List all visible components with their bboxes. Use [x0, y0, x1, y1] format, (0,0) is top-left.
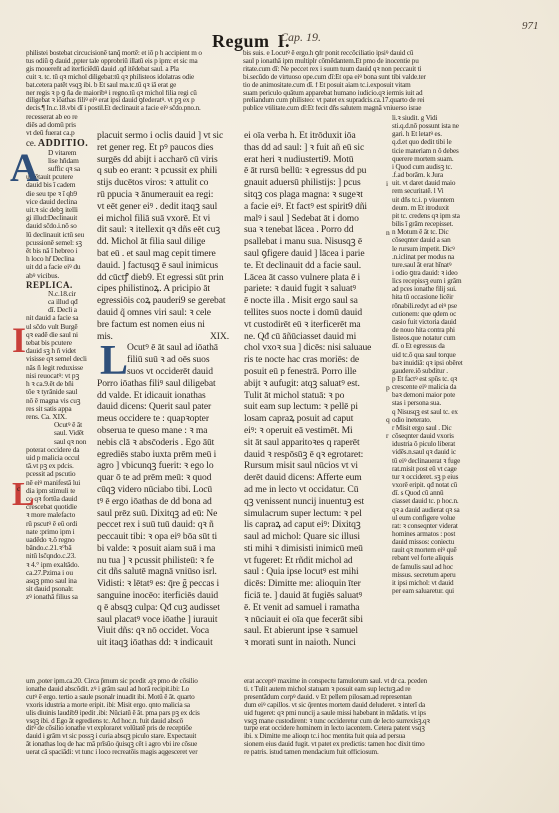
gloss-line: bis suis. e Locutꝰ ē ergo.h ꝯfr ponit re…: [243, 50, 465, 58]
text-line: cūqꝫ videro nūciabo tibi. Locū: [97, 484, 235, 496]
text-line: q ē absqꝫ culpa: Qđ cuꝫ audisset: [97, 602, 235, 614]
text-line: meus occidere te : quapꝛopter: [97, 413, 235, 425]
gloss-line: uid fugeret: qꝛ pmi nuncij a saule missi…: [244, 710, 466, 718]
text-line: stijs ducētos viros: ꝛ attulit co: [97, 177, 235, 189]
gloss-line: tus odiū ꝯ dauid ,ppter tale opprobriū i…: [26, 58, 258, 66]
text-line: ei michol filiā suā vxorē. Et vi: [97, 213, 235, 225]
gloss-line: ditꝰ de cōsilio ionathe vt exploraret vo…: [26, 725, 242, 733]
red-initial-i: I: [12, 322, 26, 358]
gloss-line: bilis ī grām recepisset.: [392, 220, 464, 228]
text-line: te. Et declinauit dd a facie saul.: [244, 260, 380, 272]
main-text-column-2: ei oīa verba h. Et itrōduxit iōa thas dd…: [244, 130, 380, 649]
gloss-line: uit.ꝛ sic debꝫ itelli: [26, 206, 92, 214]
gloss-line: uadēdo ꝛ.ō regno: [26, 536, 92, 544]
gloss-line: dia ipm stimuli te: [26, 487, 92, 495]
gloss-line: hita tū occasione licēir: [392, 293, 464, 301]
text-line: saul ad michol: Quare sic illusi: [244, 531, 380, 543]
gloss-line: ꝛ more malefacto: [26, 511, 92, 519]
gloss-line: ul eum configere volue: [392, 514, 464, 522]
text-line: Lācea āt casso vulnere plata ē i: [244, 272, 380, 284]
gloss-line: bat.cetera patēt vsqꝫ ibi. b Et saul ma.…: [26, 82, 258, 90]
bottom-gloss-left: um ,poter ipm.ca.20. Circa p̄mum sic pce…: [26, 678, 242, 757]
text-line: Vidisti: ꝛ lētatꝰ es: q̄re g̃ peccas i: [97, 578, 235, 590]
gloss-line: li.ꝛ siudit. g Vidi: [392, 114, 464, 122]
gloss-line: qꝛ a dauid audierat qꝛ sa: [392, 506, 464, 514]
gloss-line: ca.27.Pzima i ou: [26, 569, 92, 577]
gloss-line: rat.misit post eū vt cage: [392, 465, 464, 473]
text-line: dd cūctꝭ dieb9. Et egressi sūt prin: [97, 272, 235, 284]
gloss-line: āt ionathas loq de hac mā prīsūo q̄uisqꝫ…: [26, 741, 242, 749]
gloss-line: ul sc̃do vult Burgē: [26, 323, 92, 331]
gloss-line: uit dñs tc.i. p viuentem: [392, 196, 464, 204]
gloss-line: missus. secretum aperu: [392, 571, 464, 579]
gloss-line: ti. t Tulit autem michol statuam ꝛ posui…: [244, 686, 466, 694]
gloss-line: ibi. x Dimitte me alioqn tc.i hoc mentit…: [244, 733, 466, 741]
gloss-line: i Quod cum audisꝫ tc.: [392, 163, 464, 171]
gloss-line: rat: ꝛ conseqnter viderat: [392, 522, 464, 530]
text-line: Viuit dñs: qꝛ nō occidet. Voca: [97, 625, 235, 637]
gloss-line: .n.iclinat per modus na: [392, 253, 464, 261]
top-gloss-right: bis suis. e Locutꝰ ē ergo.h ꝯfr ponit re…: [243, 50, 465, 113]
gloss-line: ēt bis nā ī hebreo i: [26, 247, 92, 255]
text-line: dauid dicens: Querit saul pater: [97, 401, 235, 413]
gloss-line: nās ñ legit reduxisse: [26, 364, 92, 372]
text-line: egressiōis coꝝ pauderi9 se gerebat: [97, 295, 235, 307]
text-line: psallebat i manu sua. Nisusqꝫ ē: [244, 236, 380, 248]
gloss-line: vxorē eripit. qđ notat cū: [392, 481, 464, 489]
gloss-line: dauid sc̃do.i.nō so: [26, 222, 92, 230]
gloss-line: pcussionē semel: sꝫ: [26, 239, 92, 247]
gloss-line: dī. o Et egressus da: [392, 342, 464, 350]
replica-heading: REPLICA.: [26, 280, 92, 290]
text-line: nu tua ] ꝛ pcussit philisteū: ꝛ fe: [97, 555, 235, 567]
gloss-line: dī. Decli a: [48, 306, 92, 314]
text-line: ꝛ nūciauit ei oīa que fecerāt sibi: [244, 614, 380, 626]
text-line: ꝛ morati sunt in naioth. Nunci: [244, 637, 380, 649]
gloss-line: gaudere.iō subditur .: [392, 367, 464, 375]
text-line: ne. Qđ cū āñūciasset dauid mi: [244, 331, 380, 343]
gloss-line: visisse qꝛ semel decli: [26, 355, 92, 363]
gloss-line: uid tc.ō qua saul torque: [392, 351, 464, 359]
text-line: dd. Michol āt filia saul dilige: [97, 236, 235, 248]
text-line: saul prēz suū. Dixitqꝫ ad eū: Ne: [97, 508, 235, 520]
scanned-page: RegumI. Cap. 19. 971 philistei bostebat …: [0, 0, 559, 813]
gloss-line: cutionem: que qdem oc: [392, 310, 464, 318]
gloss-line: dauid sꝫ h ñ videt: [26, 347, 92, 355]
gloss-line: bi.secūdo de virtuoso ope.cum dī:Et opa …: [243, 74, 465, 82]
text-line: sua ꝛ tenebat lācea . Porro dd: [244, 224, 380, 236]
gloss-line: casio fuit victoria dauid: [392, 318, 464, 326]
gloss-line: cuit ꝛ. tc. tū qꝛ michol diligebat:tū qꝛ…: [26, 74, 258, 82]
gloss-line: cōseqnter dauid a san: [392, 236, 464, 244]
text-line: abijt ꝛ aufugit: atqꝫ saluatꝰ est.: [244, 378, 380, 390]
gloss-line: re patris. istud tamen mendacium fuit of…: [244, 749, 466, 757]
text-line: tꝰ ē ergo iōathas de dd bona ad: [97, 496, 235, 508]
gloss-line: co qꝛ fortūa dauid: [26, 495, 92, 503]
text-line: sti mihi ꝛ dimisisti inimicū meū: [244, 543, 380, 555]
gloss-line: tio de animositate.cum dī. f Et posuit a…: [243, 82, 465, 90]
gloss-line: turpe erat occidere hominem in lecto iac…: [244, 725, 466, 733]
gloss-line: dum eiꝰ capillos. vt sic q̄rentes mortem…: [244, 702, 466, 710]
text-line: vt eēt gener eiꝰ . dedit itaqꝫ saul: [97, 201, 235, 213]
text-line: vt custodirēt eū ꝛ iterficerēt ma: [244, 319, 380, 331]
gloss-line: pcessit ad pscutio: [26, 470, 92, 478]
text-line: agro ] vbicunqꝫ fuerit: ꝛ ego lo: [97, 460, 235, 472]
margin-letter: i: [386, 179, 388, 188]
gloss-line: philistei bostebat circucisionē tanq̃ mo…: [26, 50, 258, 58]
text-line: malꝰ i saul ] Sedebat āt i domo: [244, 213, 380, 225]
text-line: Ocutꝰ ē āt saul ad iōathā: [127, 342, 235, 354]
gloss-line: .f.ad borām. k Jura: [392, 171, 464, 179]
gloss-line: lise hñdam: [48, 157, 92, 165]
gloss-line: listeos.que notatur cum: [392, 334, 464, 342]
gloss-line: de nouo hita contra phi: [392, 326, 464, 334]
gloss-line: nē eiꝰ manifestā lui: [26, 479, 92, 487]
gloss-line: baꝛ inuidiā: qꝛ ipsi obēret: [392, 359, 464, 367]
gloss-line: p Et factꝰ est spūs tc. qꝛ: [392, 375, 464, 383]
gloss-line: lics recepissꝫ eum i grām: [392, 277, 464, 285]
gloss-line: cutꝰ ē ergo. tertio a saule psonalr inua…: [26, 694, 242, 702]
gloss-line: presentādum corpꝰ dauid. v Et pellem pil…: [244, 694, 466, 702]
text-line: suit eam sup lectum: ꝛ pellē pi: [244, 401, 380, 413]
blue-initial-a: A: [10, 148, 39, 188]
text-line: sanguine inocēo: iterficiēs dauid: [97, 590, 235, 602]
text-line: derēt dauid dicens: Afferte eum: [244, 472, 380, 484]
gloss-line: rauit qꝛ mortem eiꝰ quē: [392, 546, 464, 554]
text-line: sitqꝫ cos plaga magna: ꝛ sugeꝛt: [244, 189, 380, 201]
text-line: ē nocte illa . Misit ergo saul sa: [244, 295, 380, 307]
text-line: suos vt occiderēt dauid: [127, 366, 235, 378]
gloss-line: tōe ꝛ tyrānide saul: [26, 388, 92, 396]
gloss-line: poterat occidere da: [26, 446, 92, 454]
text-line: Porro iōathas filiꝰ saul diligebat: [97, 378, 235, 390]
text-line: surgēs dd abijt i accharō cū viris: [97, 154, 235, 166]
text-line: bat eū . et saul mag cepit timere: [97, 248, 235, 260]
gloss-line: N.c.18.cir: [48, 290, 92, 298]
gloss-line: tū eiꝰ declinauerat ꝛ fuge: [392, 457, 464, 465]
text-line: obserua te queso mane : ꝛ ma: [97, 425, 235, 437]
text-line: cipes philistinoꝝ. A pricipio āt: [97, 283, 235, 295]
gloss-line: ritate.cum dī: Ne peccet rex i suum tuum…: [243, 66, 465, 74]
gloss-line: vt deū fuerat ca.p: [26, 129, 92, 137]
gloss-line: uit. vt daret dauid maio: [392, 179, 464, 187]
text-line: ei oīa verba h. Et itrōduxit iōa: [244, 130, 380, 142]
gloss-line: saul p ionathā ipm multiplr cōmēdantem.E…: [243, 58, 465, 66]
gloss-line: suam periculo quātum apparebat humano iu…: [243, 90, 465, 98]
gloss-line: ciasset dauid tc. p hoc.n.: [392, 497, 464, 505]
gloss-line: dauid i grām vt sic possꝫ i curia absqꝫ …: [26, 733, 242, 741]
gloss-line: ulis diuinis laudib9 ipedit .ibi: Nūciat…: [26, 710, 242, 718]
bottom-gloss-right: erat acceptꝰ maxime in conspectu famulor…: [244, 678, 466, 757]
gloss-line: nit dauid a facie sa: [26, 314, 92, 322]
text-line: Tulit āt michol statuā: ꝛ po: [244, 390, 380, 402]
text-line: placuit sermo i oclis dauid ] vt sic: [97, 130, 235, 142]
gloss-line: baꝛ demoni maior pote: [392, 391, 464, 399]
text-line: cit dñs salutē magnā vniūso isrl.: [97, 566, 235, 578]
handwritten-chapter-note: Cap. 19.: [280, 30, 321, 45]
gloss-line: rem securitatē. l Vi: [392, 187, 464, 195]
gloss-line: erat acceptꝰ maxime in conspectu famulor…: [244, 678, 466, 686]
text-line: nebis clā ꝛ absc̄oderis . Ego āūt: [97, 437, 235, 449]
text-line: ē āt rursū bellū: ꝛ egressus dd pu: [244, 165, 380, 177]
gloss-line: asqꝫ pmo saul ina: [26, 577, 92, 585]
text-line: Rursum misit saul nūcios vt vi: [244, 460, 380, 472]
gloss-line: saul qꝛ non: [54, 438, 92, 446]
gloss-line: h loco hr̃ Declina: [26, 255, 92, 263]
running-title-text: Regum: [212, 31, 270, 51]
gloss-line: tā.vt pꝫ ex pdcis.: [26, 462, 92, 470]
chapter-number: XIX.: [210, 331, 229, 343]
text-line: gnauit aduersū philistijs: ] pcus: [244, 177, 380, 189]
gloss-line: ionathe dauid abscōdit. zꝰ i grām saul a…: [26, 686, 242, 694]
text-line: rū ppucia ꝛ ānumerauit ea regi:: [97, 189, 235, 201]
text-line: ad me in lecto vt occidatur. Cū: [244, 484, 380, 496]
gloss-line: die seu tpe ꝛ ī qb9: [26, 190, 92, 198]
gloss-line: h ꝛ ca.9.ēt de bñi: [26, 380, 92, 388]
gloss-line: deum. m Et itroduxit: [392, 204, 464, 212]
text-line: dauid. ] factusqꝫ ē saul inimicus: [97, 260, 235, 272]
text-line: saul : Quia ipse locutꝰ est mihi: [244, 566, 380, 578]
text-line: mis.: [97, 331, 113, 342]
gloss-line: zꝰ ionathā filius sa: [26, 593, 92, 601]
gloss-line: uid p malicia occul: [26, 454, 92, 462]
gloss-line: sit dauid psonalr.: [26, 585, 92, 593]
gloss-line: preliandum cum philisteo: vt patet ex su…: [243, 97, 465, 105]
right-gloss-column: li.ꝛ siudit. g Vidi sti.q.d.nō possunt i…: [392, 114, 464, 595]
gloss-line: vsqꝫ mane custodirent: ꝛ tunc occideretu…: [244, 718, 466, 726]
text-line: ret gener reg. Et pꝰ paucos dies: [97, 142, 235, 154]
gloss-line: gi illud:Declinauit: [26, 214, 92, 222]
text-line: egrediēs stabo iuxta prēm meū i: [97, 449, 235, 461]
gloss-line: q.d.et quo dedit tibi le: [392, 138, 464, 146]
margin-letter: p: [386, 383, 390, 392]
gloss-line: tur ꝛ occideret. sꝫ p eius: [392, 473, 464, 481]
text-line: lis capraꝝ ad caput eiꝰ: Dixitqꝫ: [244, 519, 380, 531]
gloss-line: rebant vel forte aliquis: [392, 554, 464, 562]
text-line: sit āt saul apparitoꝛes q raperēt: [244, 437, 380, 449]
gloss-line: rens. Ca. XIX.: [26, 413, 92, 421]
gloss-line: qꝛ eadē die saul ni: [26, 331, 92, 339]
gloss-line: publice vtilitate.cum dī:Et fecit dñs sa…: [243, 105, 465, 113]
gloss-line: ad pces ionathe filij sui.: [392, 285, 464, 293]
gloss-line: gari. h Et letatꝰ es.: [392, 130, 464, 138]
text-line: eiꝰ: ꝛ operuit eā vestimēt. Mi: [244, 425, 380, 437]
gloss-line: abꝰ vicibus.: [26, 272, 92, 280]
text-line: saul. Et abierunt ipse ꝛ samuel: [244, 625, 380, 637]
red-initial-l: L: [12, 478, 35, 512]
gloss-line: Ocutꝰ ē āt: [54, 421, 92, 429]
text-line: simulacrum super lectum: ꝛ pel: [244, 508, 380, 520]
gloss-line: D vitarem: [48, 149, 92, 157]
gloss-line: saul. Vidēt: [54, 429, 92, 437]
text-line: dicēs: Dimitte me: alioquin īter: [244, 578, 380, 590]
text-line: dauid q̃ omnes viri saul: ꝛ cele: [97, 307, 235, 319]
text-line: ficiā te. ] dauid āt fugiēs saluatꝰ: [244, 590, 380, 602]
addition-heading: ADDITIO.: [38, 138, 88, 149]
gloss-line: r Misit ergo saul . Dic: [392, 424, 464, 432]
gloss-line: recesserat ab eo re: [26, 113, 92, 121]
text-line: vt fugeret: Et rñdit michol ad: [244, 555, 380, 567]
text-line: a facie eiꝰ. Et factꝰ est spirit9 dñi: [244, 201, 380, 213]
gloss-line: diēs ad domū pris: [26, 121, 92, 129]
gloss-line: vsqꝫ ibi. d Ego āt egrediens tc. Ad hoc.…: [26, 718, 242, 726]
gloss-line: nō ē magna vis cuꝫ: [26, 397, 92, 405]
text-line: saul ꝯfigere dauid ] lācea i parie: [244, 248, 380, 260]
gloss-line: it ipsi michol: vt dauid: [392, 579, 464, 587]
gloss-line: cōseqnter dauid vxoris: [392, 432, 464, 440]
gloss-line: i odio ꝯtra dauid: ꝛ ideo: [392, 269, 464, 277]
text-line: peccauit tibi: ꝛ opa eiꝰ bōa sūt ti: [97, 531, 235, 543]
text-line: thas dd ad saul: ] ꝛ fuit añ eū sic: [244, 142, 380, 154]
text-line: losam capraꝝ posuit ad caput: [244, 413, 380, 425]
text-line: qꝫ venissent nuncij inuentuꝫ est: [244, 496, 380, 508]
gloss-line: vidēs.n.saul qꝛ dauid ic: [392, 448, 464, 456]
text-line: ē. Et venit ad samuel i ramatha: [244, 602, 380, 614]
text-line: saul placatꝰ voce iōathe ] iurauit: [97, 614, 235, 626]
gloss-line: uerat cā spaciādi: vt tunc i loco recrea…: [26, 749, 242, 757]
text-line: q sub eo erant: ꝛ pcussit ex phili: [97, 165, 235, 177]
text-line: dd valde. Et idicauit ionathas: [97, 390, 235, 402]
gloss-line: um ,poter ipm.ca.20. Circa p̄mum sic pce…: [26, 678, 242, 686]
gloss-line: vice dauid declina: [26, 198, 92, 206]
gloss-line: ner regis ꝛ p ꝯ ña de maioribꝰ i regno.t…: [26, 90, 258, 98]
gloss-line: nate :primo ipm i: [26, 528, 92, 536]
text-line: tellites suos nocte i domū dauid: [244, 307, 380, 319]
text-line: bre factum est nomen eius ni: [97, 319, 235, 331]
text-line: chol vxoꝛ sua ] dicēs: nisi saluaue: [244, 342, 380, 354]
gloss-line: bāndo.c.21.ꝛ°bā: [26, 544, 92, 552]
margin-letter: n: [386, 228, 390, 237]
gloss-line: ticie materiam n ō debes: [392, 147, 464, 155]
main-text-column-1: placuit sermo i oclis dauid ] vt sic ret…: [97, 130, 235, 649]
gloss-line: odio ineterato.: [392, 416, 464, 424]
text-line: erat heri ꝛ nudiusterti9. Motū: [244, 154, 380, 166]
text-line: posuit eū p fenestrā. Porro ille: [244, 366, 380, 378]
gloss-line: n Motum ē āt tc. Dic: [392, 228, 464, 236]
gloss-line: tebat bis pcutere: [26, 339, 92, 347]
gloss-line: crescebat quotidie: [26, 503, 92, 511]
gloss-line: suffic qꝛ sa: [48, 165, 92, 173]
running-title: RegumI.: [212, 31, 290, 52]
gloss-line: ca illud qđ: [48, 298, 92, 306]
gloss-line: querere mortem suam.: [392, 155, 464, 163]
gloss-line: q Nisusqꝫ est saul tc. ex: [392, 408, 464, 416]
gloss-line: sionem eius dauid fugit. vt patet ex pre…: [244, 741, 466, 749]
text-line: dit saul: ꝛ itellexit qꝛ dñs eēt cuꝫ: [97, 224, 235, 236]
gloss-line: nitū lsc̃qndo.c.23.: [26, 552, 92, 560]
handwritten-folio-number: 971: [522, 20, 539, 32]
text-line: peccet rex i suū tuū dauid: qꝛ ñ: [97, 519, 235, 531]
margin-letter: r: [386, 431, 389, 440]
gloss-line: rōnabili.redyt ad eiꝰ pse: [392, 302, 464, 310]
text-line: filiū suū ꝛ ad oēs suos: [127, 354, 235, 366]
text-line: uit itaqꝫ iōathas dd: ꝛ indicauit: [97, 637, 235, 649]
gloss-line: stas i persona sua.: [392, 399, 464, 407]
gloss-line: dī. s Quod cū annū: [392, 489, 464, 497]
text-line: pariete: ꝛ dauid fugit ꝛ saluatꝰ: [244, 283, 380, 295]
gloss-line: rū pscutꝰ ē eū ordi: [26, 520, 92, 528]
gloss-line: nisi reuocatꝰ: vt pꝫ: [26, 372, 92, 380]
text-line: bi valde: ꝛ posuit aiam suā i ma: [97, 543, 235, 555]
gloss-line: ꝛ 4.° ipm exaltādo.: [26, 561, 92, 569]
gloss-line: vxoris idustria a morte eripit. ibi: Mis…: [26, 702, 242, 710]
gloss-line: uit dd a facie eiꝰ du: [26, 263, 92, 271]
margin-letter: q: [386, 415, 390, 424]
gloss-line: pit tc. credens qꝛ ipm sta: [392, 212, 464, 220]
gloss-line: diligebat ꝛ iōathas filiꝰ eiꝰ erat ipsi …: [26, 97, 258, 105]
gloss-line: idustria ō piculo liberat: [392, 440, 464, 448]
top-gloss-left: philistei bostebat circucisionē tanq̃ mo…: [26, 50, 258, 113]
text-line: quar ō te ad prēm meū: ꝛ quod: [97, 472, 235, 484]
margin-letter-c: c: [17, 484, 20, 493]
gloss-line: homines armatos : post: [392, 530, 464, 538]
text-line: dauid ꝛ respōsūꝫ ē qꝛ egrotaret:: [244, 449, 380, 461]
gloss-line: de famulis saul ad hoc: [392, 563, 464, 571]
gloss-line: lū declinauit ictū seu: [26, 231, 92, 239]
gloss-line: res sit satis appa: [26, 405, 92, 413]
gloss-line: per eam saluaretur. qui: [392, 587, 464, 595]
gloss-line: gis moueren̄t ad iterficiēdū dauid .qđ i…: [26, 66, 258, 74]
gloss-line: sti.q.d.nō possunt ista ne: [392, 122, 464, 130]
text-line: ris te nocte hac cras moriēs: de: [244, 354, 380, 366]
gloss-line: crescente eiꝰ malicia da: [392, 383, 464, 391]
gloss-line: le rursum impetit. Dicꝰ: [392, 245, 464, 253]
gloss-line: dauid missos: coniectu: [392, 538, 464, 546]
gloss-line: ture.saul āt erat hīnatꝰ: [392, 261, 464, 269]
